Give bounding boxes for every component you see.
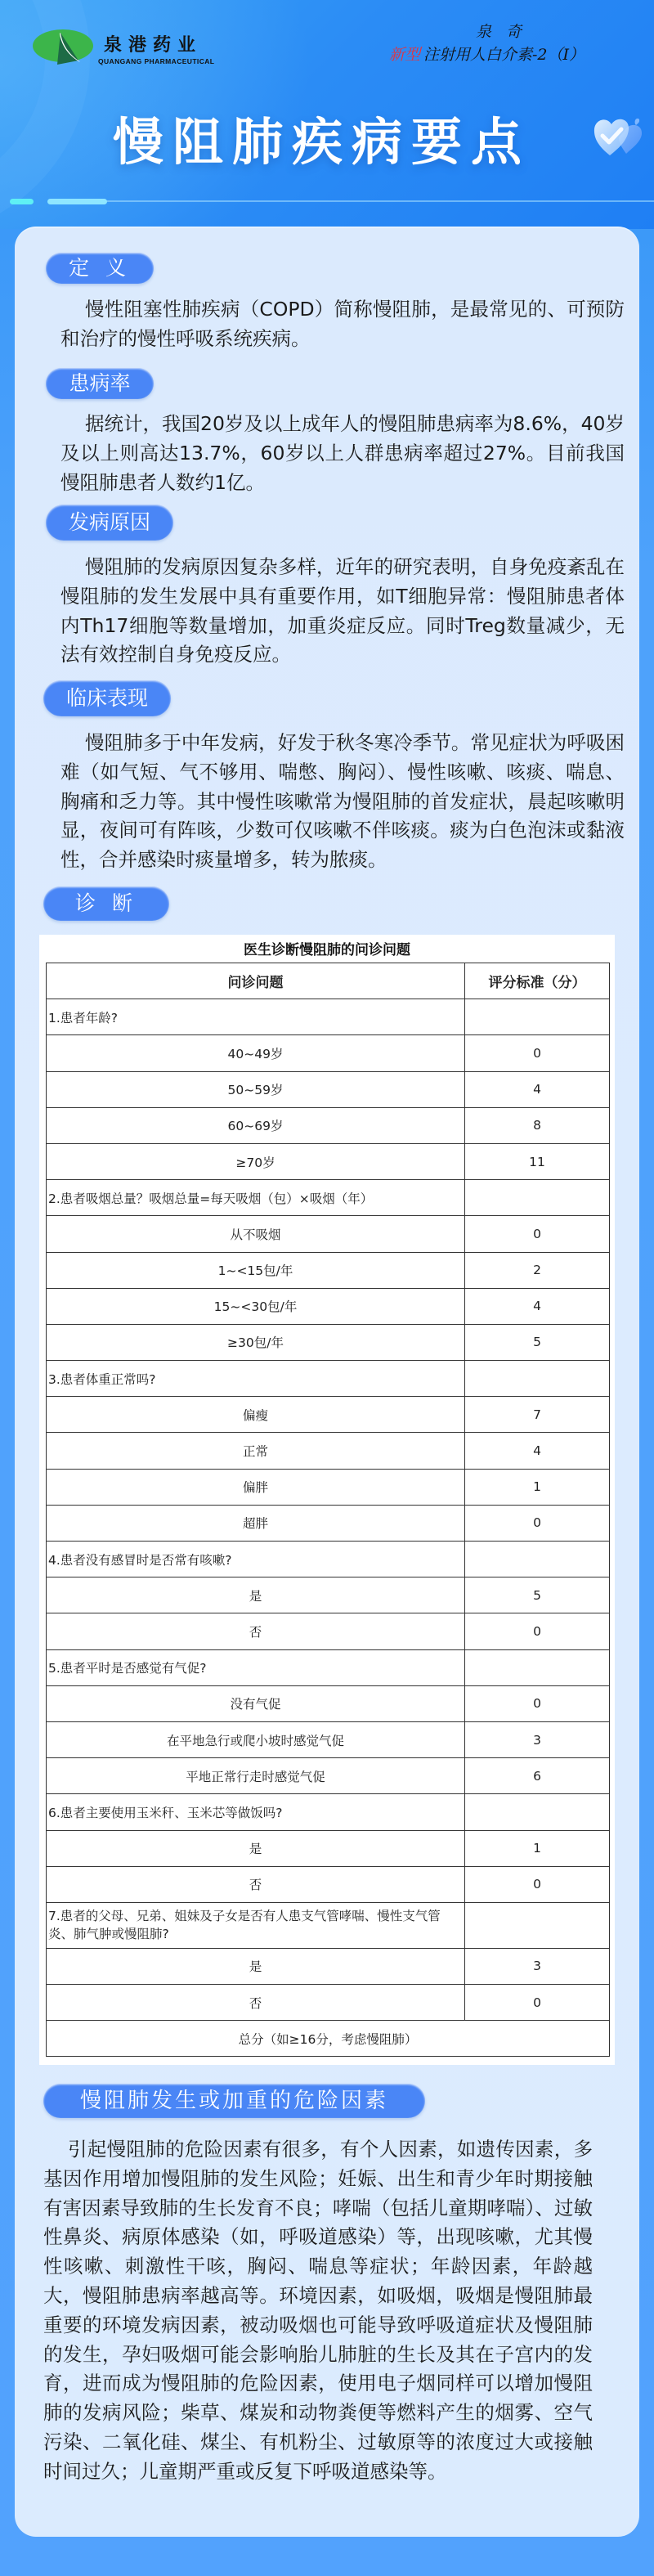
column-header-question: 问诊问题 xyxy=(47,963,465,999)
option-text: 否 xyxy=(47,1866,465,1902)
score-value xyxy=(465,1794,610,1830)
score-value: 0 xyxy=(465,1613,610,1649)
table-row-option: 是1 xyxy=(47,1830,610,1866)
table-total-row: 总分（如≥16分，考虑慢阻肺） xyxy=(47,2021,610,2057)
table-row-question: 6.患者主要使用玉米秆、玉米芯等做饭吗? xyxy=(47,1794,610,1830)
score-value xyxy=(465,1542,610,1577)
score-value: 6 xyxy=(465,1758,610,1794)
option-text: 超胖 xyxy=(47,1505,465,1541)
question-text: 1.患者年龄? xyxy=(47,999,465,1035)
score-value: 5 xyxy=(465,1577,610,1613)
table-row-option: 50~59岁4 xyxy=(47,1071,610,1107)
diagnosis-questionnaire-table: 问诊问题 评分标准（分） 1.患者年龄?40~49岁050~59岁460~69岁… xyxy=(46,963,610,2057)
table-row-question: 4.患者没有感冒时是否常有咳嗽? xyxy=(47,1542,610,1577)
table-row-question: 2.患者吸烟总量？吸烟总量=每天吸烟（包）×吸烟（年） xyxy=(47,1180,610,1216)
option-text: 正常 xyxy=(47,1433,465,1469)
decorative-line xyxy=(106,200,654,202)
decorative-pill xyxy=(10,199,34,204)
table-row-option: 否0 xyxy=(47,1985,610,2021)
score-value xyxy=(465,1180,610,1216)
table-row-option: 60~69岁8 xyxy=(47,1107,610,1143)
option-text: 偏瘦 xyxy=(47,1397,465,1433)
score-value: 5 xyxy=(465,1324,610,1360)
table-row-option: ≥30包/年5 xyxy=(47,1324,610,1360)
score-value: 1 xyxy=(465,1469,610,1505)
diagnosis-table-panel: 医生诊断慢阻肺的问诊问题 问诊问题 评分标准（分） 1.患者年龄?40~49岁0… xyxy=(39,935,615,2065)
table-row-question: 3.患者体重正常吗? xyxy=(47,1361,610,1397)
section-label-diagnosis: 诊 断 xyxy=(43,886,169,921)
score-value: 0 xyxy=(465,1505,610,1541)
new-tag: 新型 xyxy=(389,46,420,64)
table-title: 医生诊断慢阻肺的问诊问题 xyxy=(39,935,615,963)
score-value xyxy=(465,1361,610,1397)
question-text: 6.患者主要使用玉米秆、玉米芯等做饭吗? xyxy=(47,1794,465,1830)
heart-check-icon xyxy=(592,113,649,159)
score-value: 3 xyxy=(465,1721,610,1757)
score-value xyxy=(465,1649,610,1685)
brand-name-english: QUANGANG PHARMACEUTICAL xyxy=(98,57,214,65)
table-row-option: 否0 xyxy=(47,1613,610,1649)
decorative-pill xyxy=(47,199,107,204)
section-label-risk-factors: 慢阻肺发生或加重的危险因素 xyxy=(43,2084,425,2118)
score-value: 0 xyxy=(465,1866,610,1902)
question-text: 3.患者体重正常吗? xyxy=(47,1361,465,1397)
clinical-text: 慢阻肺多于中年发病，好发于秋冬寒冷季节。常见症状为呼吸困难（如气短、气不够用、喘… xyxy=(60,729,625,875)
question-text: 5.患者平时是否感觉有气促? xyxy=(47,1649,465,1685)
option-text: 没有气促 xyxy=(47,1685,465,1721)
table-row-option: 40~49岁0 xyxy=(47,1035,610,1071)
score-value xyxy=(465,999,610,1035)
etiology-text: 慢阻肺的发病原因复杂多样，近年的研究表明，自身免疫紊乱在慢阻肺的发生发展中具有重… xyxy=(60,553,625,670)
option-text: 平地正常行走时感觉气促 xyxy=(47,1758,465,1794)
product-name: 新型注射用人白介素-2（I） xyxy=(389,43,585,65)
option-text: 15~<30包/年 xyxy=(47,1288,465,1324)
question-text: 7.患者的父母、兄弟、姐妹及子女是否有人患支气管哮喘、慢性支气管炎、肺气肿或慢阻… xyxy=(47,1902,465,1948)
question-text: 4.患者没有感冒时是否常有咳嗽? xyxy=(47,1542,465,1577)
score-value: 1 xyxy=(465,1830,610,1866)
table-row-option: 是3 xyxy=(47,1948,610,1984)
brand-name: 泉港药业 xyxy=(104,31,202,56)
option-text: 否 xyxy=(47,1613,465,1649)
option-text: ≥70岁 xyxy=(47,1143,465,1179)
score-value: 2 xyxy=(465,1252,610,1288)
table-row-option: 没有气促0 xyxy=(47,1685,610,1721)
option-text: 在平地急行或爬小坡时感觉气促 xyxy=(47,1721,465,1757)
option-text: 50~59岁 xyxy=(47,1071,465,1107)
product-brand: 泉 奇 xyxy=(476,20,526,42)
table-row-option: 平地正常行走时感觉气促6 xyxy=(47,1758,610,1794)
table-row-option: 是5 xyxy=(47,1577,610,1613)
score-value: 3 xyxy=(465,1948,610,1984)
option-text: 是 xyxy=(47,1830,465,1866)
option-text: 1~<15包/年 xyxy=(47,1252,465,1288)
table-row-option: ≥70岁11 xyxy=(47,1143,610,1179)
option-text: 60~69岁 xyxy=(47,1107,465,1143)
section-label-etiology: 发病原因 xyxy=(46,505,173,541)
table-row-option: 15~<30包/年4 xyxy=(47,1288,610,1324)
option-text: 40~49岁 xyxy=(47,1035,465,1071)
section-label-clinical: 临床表现 xyxy=(43,680,171,716)
table-header-row: 问诊问题 评分标准（分） xyxy=(47,963,610,999)
score-value: 0 xyxy=(465,1685,610,1721)
section-label-prevalence: 患病率 xyxy=(46,368,154,399)
score-value: 4 xyxy=(465,1288,610,1324)
score-value: 4 xyxy=(465,1433,610,1469)
header-banner: 泉港药业 QUANGANG PHARMACEUTICAL 泉 奇 新型注射用人白… xyxy=(0,0,654,229)
table-row-option: 偏瘦7 xyxy=(47,1397,610,1433)
score-value xyxy=(465,1902,610,1948)
option-text: ≥30包/年 xyxy=(47,1324,465,1360)
definition-text: 慢性阻塞性肺疾病（COPD）简称慢阻肺，是最常见的、可预防和治疗的慢性呼吸系统疾… xyxy=(60,295,625,354)
option-text: 否 xyxy=(47,1985,465,2021)
table-row-option: 否0 xyxy=(47,1866,610,1902)
score-value: 8 xyxy=(465,1107,610,1143)
score-value: 0 xyxy=(465,1035,610,1071)
table-row-question: 5.患者平时是否感觉有气促? xyxy=(47,1649,610,1685)
section-label-definition: 定 义 xyxy=(46,253,154,284)
table-row-question: 1.患者年龄? xyxy=(47,999,610,1035)
table-row-option: 在平地急行或爬小坡时感觉气促3 xyxy=(47,1721,610,1757)
table-row-option: 1~<15包/年2 xyxy=(47,1252,610,1288)
page-title: 慢阻肺疾病要点 xyxy=(113,101,531,174)
risk-factors-text: 引起慢阻肺的危险因素有很多，有个人因素，如遗传因素，多基因作用增加慢阻肺的发生风… xyxy=(43,2135,593,2487)
question-text: 2.患者吸烟总量？吸烟总量=每天吸烟（包）×吸烟（年） xyxy=(47,1180,465,1216)
option-text: 从不吸烟 xyxy=(47,1216,465,1252)
product-name-text: 注射用人白介素-2（I） xyxy=(423,46,585,64)
table-row-option: 超胖0 xyxy=(47,1505,610,1541)
score-value: 4 xyxy=(465,1071,610,1107)
prevalence-text: 据统计，我国20岁及以上成年人的慢阻肺患病率为8.6%，40岁及以上则高达13.… xyxy=(60,410,625,497)
option-text: 是 xyxy=(47,1577,465,1613)
table-row-question: 7.患者的父母、兄弟、姐妹及子女是否有人患支气管哮喘、慢性支气管炎、肺气肿或慢阻… xyxy=(47,1902,610,1948)
company-logo-icon xyxy=(33,29,93,65)
column-header-score: 评分标准（分） xyxy=(465,963,610,999)
score-value: 0 xyxy=(465,1216,610,1252)
score-value: 0 xyxy=(465,1985,610,2021)
option-text: 是 xyxy=(47,1948,465,1984)
score-value: 7 xyxy=(465,1397,610,1433)
table-row-option: 正常4 xyxy=(47,1433,610,1469)
table-row-option: 从不吸烟0 xyxy=(47,1216,610,1252)
table-row-option: 偏胖1 xyxy=(47,1469,610,1505)
total-score-note: 总分（如≥16分，考虑慢阻肺） xyxy=(47,2021,610,2057)
option-text: 偏胖 xyxy=(47,1469,465,1505)
score-value: 11 xyxy=(465,1143,610,1179)
